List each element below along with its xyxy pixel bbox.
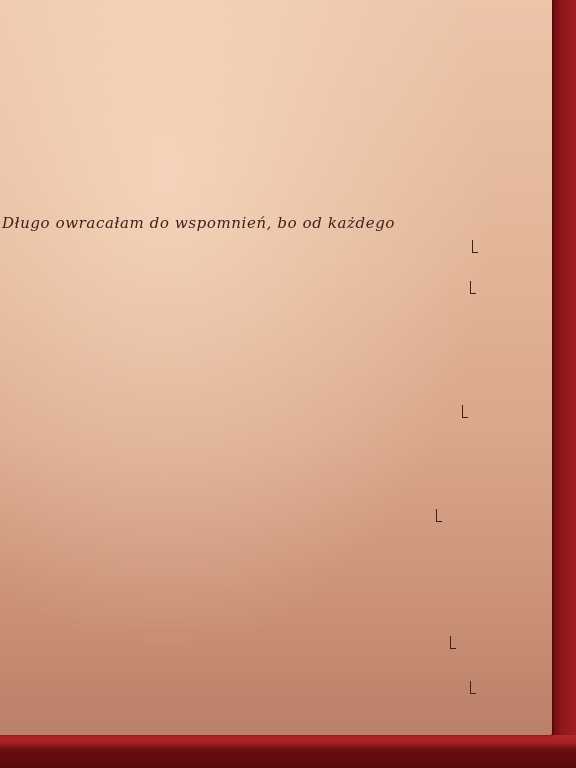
manuscript-line-8: Długo owracałam do wspomnień, bo od każd…: [2, 216, 395, 231]
insertion-bracket-mark: [470, 681, 476, 694]
insertion-bracket-mark: [470, 281, 476, 294]
insertion-bracket-mark: [462, 405, 468, 418]
manuscript-line-10: [470, 280, 478, 295]
line-8-start: Długo: [2, 214, 56, 232]
frame-bottom-ledge: [0, 735, 576, 768]
insertion-bracket-mark: [436, 509, 442, 522]
manuscript-insert-z-nich: [472, 240, 480, 254]
insertion-bracket-mark: [472, 240, 478, 253]
frame-right-edge: [552, 0, 576, 735]
line-8-rest: owracałam do wspomnień, bo od każdego: [56, 214, 396, 232]
manuscript-line-15: [462, 404, 470, 419]
manuscript-line-18: [436, 508, 444, 523]
insertion-bracket-mark: [450, 636, 456, 649]
manuscript-line-22: [450, 636, 458, 650]
manuscript-line-24: [470, 680, 478, 695]
manuscript-page: Długo owracałam do wspomnień, bo od każd…: [0, 0, 552, 735]
